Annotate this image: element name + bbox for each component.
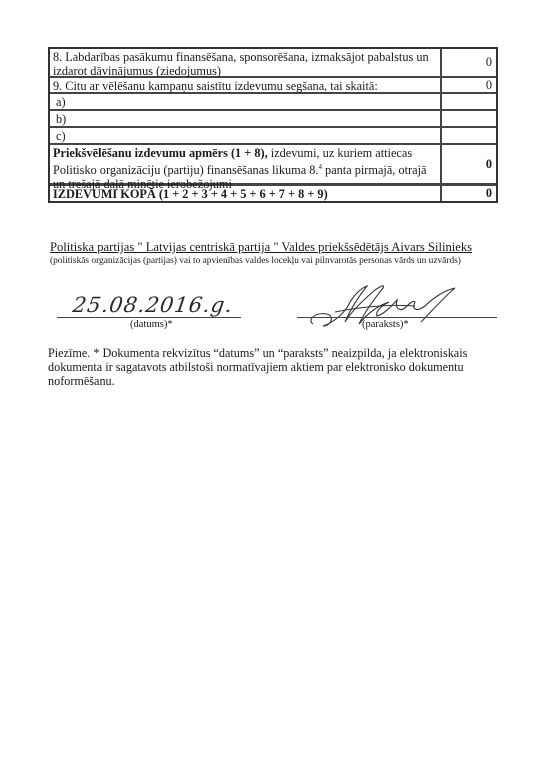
total-value: 0 <box>442 186 496 201</box>
expenses-table: 8. Labdarības pasākumu finansēšana, spon… <box>48 47 498 203</box>
date-line <box>57 317 241 318</box>
row-value <box>442 111 496 126</box>
signatory-caption: (politiskās organizācijas (partijas) vai… <box>50 256 461 266</box>
row-label: b) <box>50 111 442 126</box>
row-value: 0 <box>442 49 496 76</box>
row-label: 8. Labdarības pasākumu finansēšana, spon… <box>50 49 442 76</box>
handwritten-date: 25.08.2016.g. <box>71 293 234 317</box>
date-caption: (datums)* <box>130 319 173 330</box>
table-row-9b: b) <box>50 111 496 128</box>
table-row-pre-election: Priekšvēlēšanu izdevumu apmērs (1 + 8), … <box>50 145 496 185</box>
pre-election-value: 0 <box>442 145 496 183</box>
pre-election-label: Priekšvēlēšanu izdevumu apmērs (1 + 8), … <box>50 145 442 183</box>
table-row-8: 8. Labdarības pasākumu finansēšana, spon… <box>50 49 496 78</box>
footnote: Piezīme. * Dokumenta rekvizītus “datums”… <box>48 346 508 388</box>
row-label: c) <box>50 128 442 143</box>
pre-election-label-bold: Priekšvēlēšanu izdevumu apmērs (1 + 8), <box>53 146 268 160</box>
row-value <box>442 94 496 109</box>
total-label: IZDEVUMI KOPĀ (1 + 2 + 3 + 4 + 5 + 6 + 7… <box>50 186 442 201</box>
signature-caption: (paraksts)* <box>362 319 409 330</box>
table-row-9c: c) <box>50 128 496 145</box>
row-label: a) <box>50 94 442 109</box>
signature-line <box>297 317 497 318</box>
signatory-name: Politiska partijas " Latvijas centriskā … <box>50 240 472 255</box>
table-row-total: IZDEVUMI KOPĀ (1 + 2 + 3 + 4 + 5 + 6 + 7… <box>50 185 496 201</box>
table-row-9a: a) <box>50 94 496 111</box>
row-value <box>442 128 496 143</box>
row-label: 9. Citu ar vēlēšanu kampaņu saistītu izd… <box>50 78 442 92</box>
table-row-9: 9. Citu ar vēlēšanu kampaņu saistītu izd… <box>50 78 496 94</box>
row-value: 0 <box>442 78 496 92</box>
